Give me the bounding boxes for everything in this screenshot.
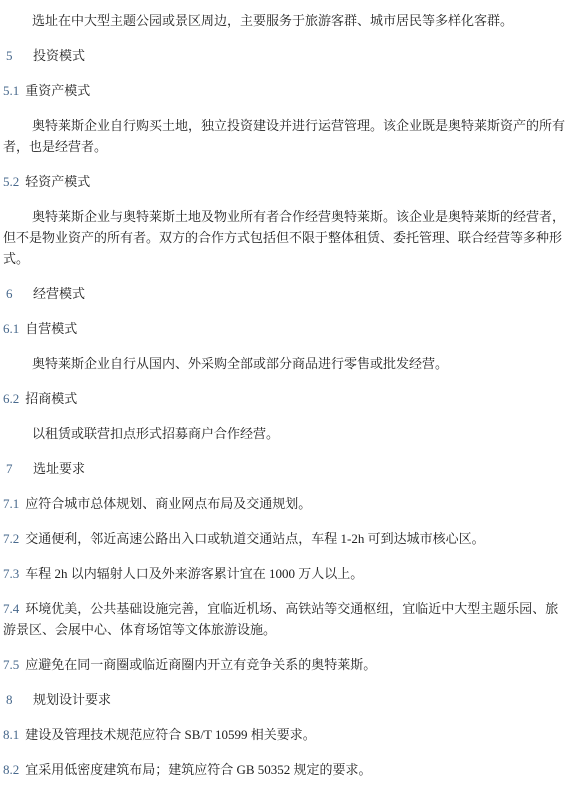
sub-heading-5-2: 5.2轻资产模式: [3, 171, 565, 192]
section-number-8: 8: [3, 689, 33, 710]
section-title-6: 经营模式: [33, 286, 85, 301]
clause-7-1: 7.1应符合城市总体规划、商业网点布局及交通规划。: [3, 493, 565, 514]
clause-7-2: 7.2交通便利，邻近高速公路出入口或轨道交通站点，车程 1-2h 可到达城市核心…: [3, 528, 565, 549]
clause-number-8-1: 8.1: [3, 727, 19, 742]
clause-8-1: 8.1建设及管理技术规范应符合 SB/T 10599 相关要求。: [3, 724, 565, 745]
clause-7-3: 7.3车程 2h 以内辐射人口及外来游客累计宜在 1000 万人以上。: [3, 563, 565, 584]
clause-7-5: 7.5应避免在同一商圈或临近商圈内开立有竞争关系的奥特莱斯。: [3, 654, 565, 675]
clause-text-7-5: 应避免在同一商圈或临近商圈内开立有竞争关系的奥特莱斯。: [25, 657, 376, 672]
clause-text-7-2: 交通便利，邻近高速公路出入口或轨道交通站点，车程 1-2h 可到达城市核心区。: [25, 531, 484, 546]
sub-heading-number-5-2: 5.2: [3, 174, 19, 189]
section-title-8: 规划设计要求: [33, 692, 111, 707]
sub-heading-number-6-1: 6.1: [3, 321, 19, 336]
clause-number-7-3: 7.3: [3, 566, 19, 581]
sub-heading-title-6-1: 自营模式: [25, 321, 77, 336]
paragraph-heavy-asset: 奥特莱斯企业自行购买土地，独立投资建设并进行运营管理。该企业既是奥特莱斯资产的所…: [3, 115, 565, 157]
paragraph-light-asset: 奥特莱斯企业与奥特莱斯土地及物业所有者合作经营奥特莱斯。该企业是奥特莱斯的经营者…: [3, 206, 565, 269]
sub-heading-title-5-1: 重资产模式: [25, 83, 90, 98]
section-number-5: 5: [3, 45, 33, 66]
clause-number-7-1: 7.1: [3, 496, 19, 511]
section-number-7: 7: [3, 458, 33, 479]
document-page: 选址在中大型主题公园或景区周边，主要服务于旅游客群、城市居民等多样化客群。 5投…: [0, 0, 573, 780]
sub-heading-5-1: 5.1重资产模式: [3, 80, 565, 101]
section-heading-6: 6经营模式: [3, 283, 565, 304]
sub-heading-number-6-2: 6.2: [3, 391, 19, 406]
sub-heading-title-5-2: 轻资产模式: [25, 174, 90, 189]
clause-8-2: 8.2宜采用低密度建筑布局；建筑应符合 GB 50352 规定的要求。: [3, 759, 565, 780]
sub-heading-title-6-2: 招商模式: [25, 391, 77, 406]
sub-heading-6-1: 6.1自营模式: [3, 318, 565, 339]
paragraph-self-operation: 奥特莱斯企业自行从国内、外采购全部或部分商品进行零售或批发经营。: [3, 353, 565, 374]
paragraph-merchant-recruiting: 以租赁或联营扣点形式招募商户合作经营。: [3, 423, 565, 444]
clause-number-7-2: 7.2: [3, 531, 19, 546]
clause-text-8-2: 宜采用低密度建筑布局；建筑应符合 GB 50352 规定的要求。: [25, 762, 371, 777]
clause-text-7-3: 车程 2h 以内辐射人口及外来游客累计宜在 1000 万人以上。: [25, 566, 363, 581]
sub-heading-number-5-1: 5.1: [3, 83, 19, 98]
clause-7-4: 7.4环境优美，公共基础设施完善，宜临近机场、高铁站等交通枢纽，宜临近中大型主题…: [3, 598, 565, 640]
paragraph-siting-intro: 选址在中大型主题公园或景区周边，主要服务于旅游客群、城市居民等多样化客群。: [3, 10, 565, 31]
sub-heading-6-2: 6.2招商模式: [3, 388, 565, 409]
section-heading-7: 7选址要求: [3, 458, 565, 479]
section-heading-8: 8规划设计要求: [3, 689, 565, 710]
section-heading-5: 5投资模式: [3, 45, 565, 66]
clause-text-7-1: 应符合城市总体规划、商业网点布局及交通规划。: [25, 496, 311, 511]
clause-text-7-4: 环境优美，公共基础设施完善，宜临近机场、高铁站等交通枢纽，宜临近中大型主题乐园、…: [3, 601, 558, 637]
clause-text-8-1: 建设及管理技术规范应符合 SB/T 10599 相关要求。: [25, 727, 315, 742]
clause-number-8-2: 8.2: [3, 762, 19, 777]
clause-number-7-4: 7.4: [3, 601, 19, 616]
section-number-6: 6: [3, 283, 33, 304]
section-title-7: 选址要求: [33, 461, 85, 476]
clause-number-7-5: 7.5: [3, 657, 19, 672]
section-title-5: 投资模式: [33, 48, 85, 63]
